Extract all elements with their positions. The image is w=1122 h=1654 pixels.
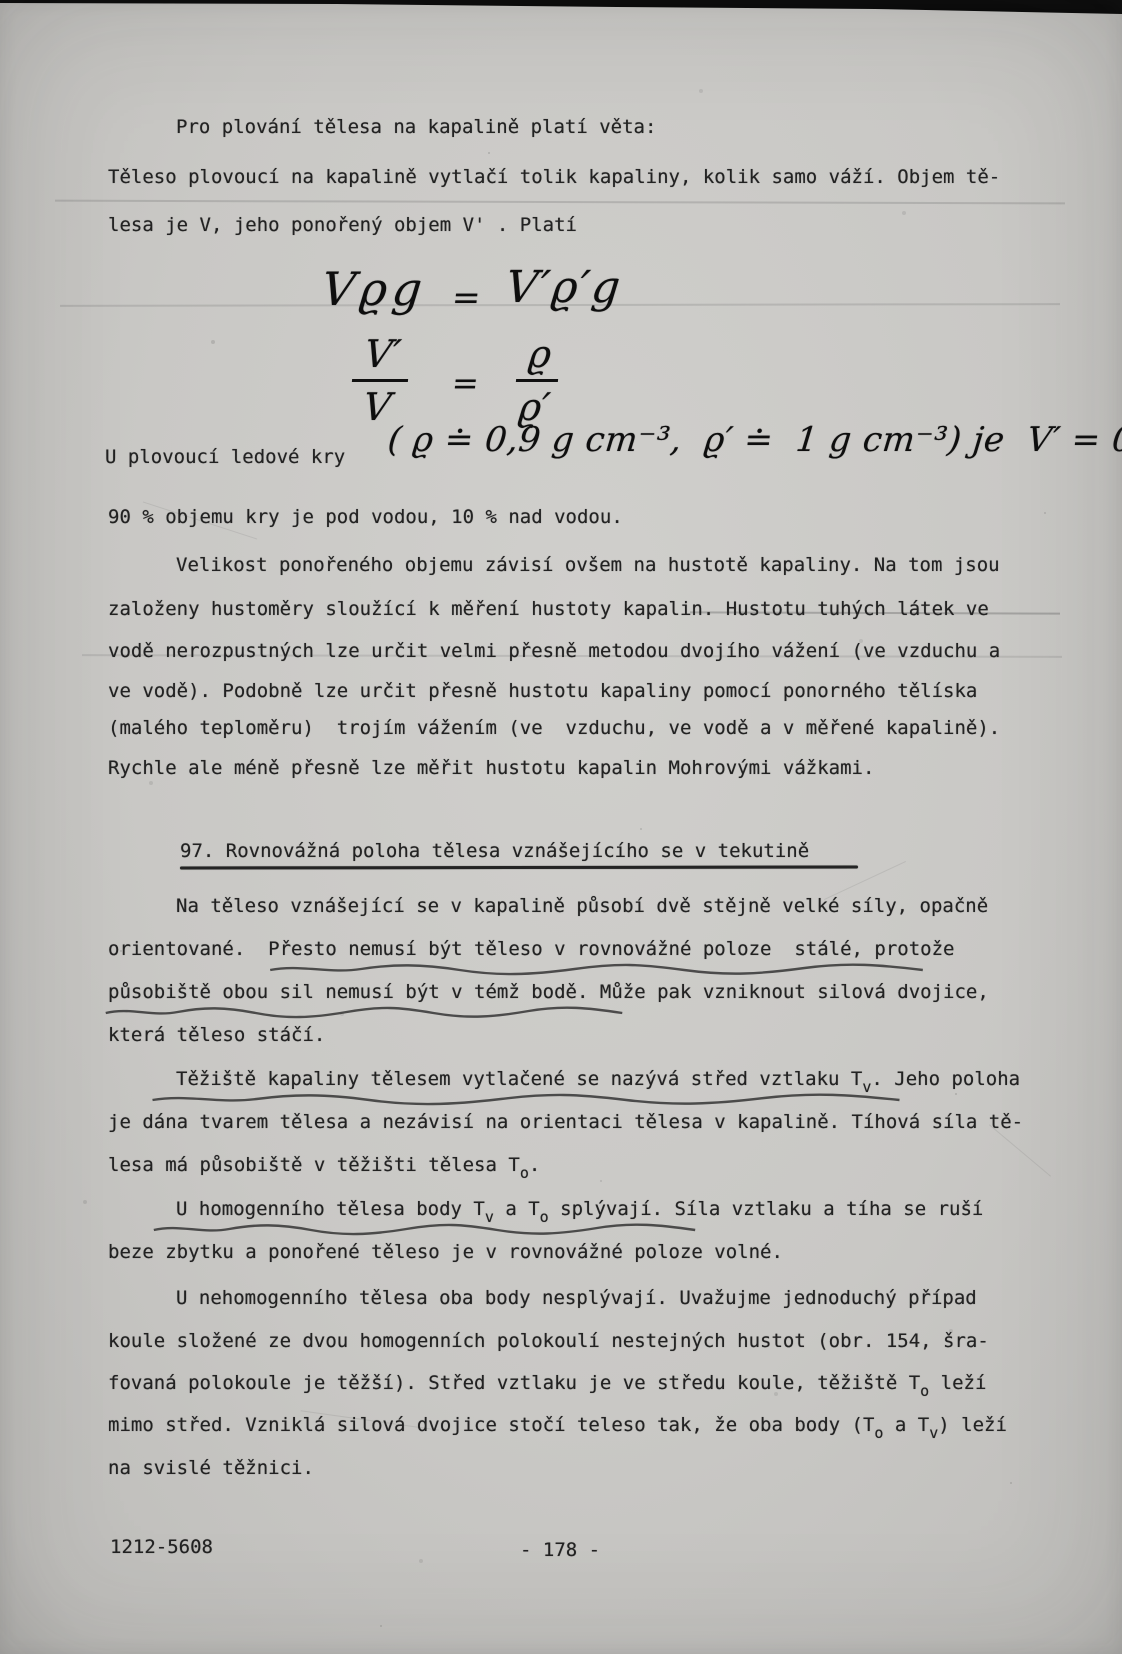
text-line: (malého teploměru) trojím vážením (ve vz… (108, 715, 1000, 741)
text-line-ice: U plovoucí ledové kry (105, 444, 345, 470)
text-line: založeny hustoměry sloužící k měření hus… (108, 596, 989, 622)
text-line: orientované. Přesto nemusí být těleso v … (108, 936, 954, 962)
text-line: mimo střed. Vzniklá silová dvojice stočí… (108, 1412, 1007, 1438)
document-page: Pro plování tělesa na kapalině platí vět… (0, 0, 1122, 1654)
text-line: Těžiště kapaliny tělesem vytlačené se na… (176, 1066, 1020, 1092)
hand-underline (104, 1005, 624, 1019)
text-line: která těleso stáčí. (108, 1022, 325, 1048)
text-line: U nehomogenního tělesa oba body nesplýva… (176, 1285, 977, 1311)
text-segment: ) leží (938, 1414, 1007, 1436)
text-segment: splývají. Síla vztlaku a tíha se ruší (549, 1198, 984, 1220)
subscript: o (520, 1164, 529, 1182)
text-line-ice-percent: 90 % objemu kry je pod vodou, 10 % nad v… (108, 504, 623, 530)
text-line-intro: Pro plování tělesa na kapalině platí vět… (176, 114, 656, 140)
text-line: je dána tvarem tělesa a nezávisí na orie… (108, 1109, 1023, 1135)
text-segment: . (529, 1154, 540, 1176)
text-segment: a T (494, 1198, 540, 1220)
section-heading: 97. Rovnovážná poloha tělesa vznášejícíh… (180, 838, 809, 864)
paper-crease (55, 200, 1065, 205)
subscript: v (929, 1424, 938, 1442)
formula-eq1-lhs: Vϱg (319, 262, 429, 316)
formula-ice-inline: ( ϱ ≐ 0,9 g cm⁻³, ϱ′ ≐ 1 g cm⁻³) je V′ =… (386, 420, 1122, 460)
text-segment: mimo střed. Vzniklá silová dvojice stočí… (108, 1414, 874, 1436)
text-segment: . Jeho poloha (871, 1068, 1020, 1090)
text-line: beze zbytku a ponořené těleso je v rovno… (108, 1239, 783, 1265)
text-line: lesa má působiště v těžišti tělesa To. (108, 1152, 540, 1178)
text-segment: U homogenního tělesa body T (176, 1198, 485, 1220)
text-line: Rychle ale méně přesně lze měřit hustotu… (108, 755, 874, 781)
formula-eq2-right-fraction: ϱ ϱ′ (511, 332, 564, 429)
text-line: Velikost ponořeného objemu závisí ovšem … (176, 552, 1000, 578)
text-line-intro: lesa je V, jeho ponořený objem V' . Plat… (108, 212, 577, 238)
formula-eq1-equals: = (450, 278, 483, 318)
footer-page-number: - 178 - (520, 1537, 600, 1563)
text-segment: Těžiště kapaliny tělesem vytlačené se na… (176, 1068, 862, 1090)
text-line: působiště obou sil nemusí být v témž bod… (108, 979, 989, 1005)
text-line: Na těleso vznášející se v kapalině působ… (176, 893, 988, 919)
hand-underline (268, 962, 925, 976)
hand-underline (150, 1092, 902, 1106)
footer-code: 1212-5608 (110, 1534, 213, 1560)
fraction-numerator: ϱ (516, 332, 564, 382)
text-segment: fovaná polokoule je těžší). Střed vztlak… (108, 1372, 920, 1394)
hand-underline (152, 1222, 697, 1236)
text-line: vodě nerozpustných lze určit velmi přesn… (108, 638, 1000, 664)
fraction-numerator: V′ (352, 332, 413, 382)
text-line: fovaná polokoule je těžší). Střed vztlak… (108, 1370, 986, 1396)
text-line: ve vodě). Podobně lze určit přesně husto… (108, 678, 977, 704)
text-segment: lesa má působiště v těžišti tělesa T (108, 1154, 520, 1176)
text-line-intro: Těleso plovoucí na kapalině vytlačí toli… (108, 164, 1000, 190)
text-line: na svislé těžnici. (108, 1455, 314, 1481)
formula-eq2-equals: = (450, 364, 481, 402)
formula-eq2-left-fraction: V′ V (347, 332, 413, 429)
text-segment: leží (929, 1372, 986, 1394)
text-line: koule složené ze dvou homogenních poloko… (108, 1328, 989, 1354)
formula-eq1-rhs: V′ϱ′g (503, 262, 624, 313)
heading-underline (180, 866, 858, 870)
text-segment: a T (883, 1414, 929, 1436)
scan-edge (0, 0, 1122, 16)
text-line: U homogenního tělesa body Tv a To splýva… (176, 1196, 983, 1222)
subscript: o (920, 1382, 929, 1400)
